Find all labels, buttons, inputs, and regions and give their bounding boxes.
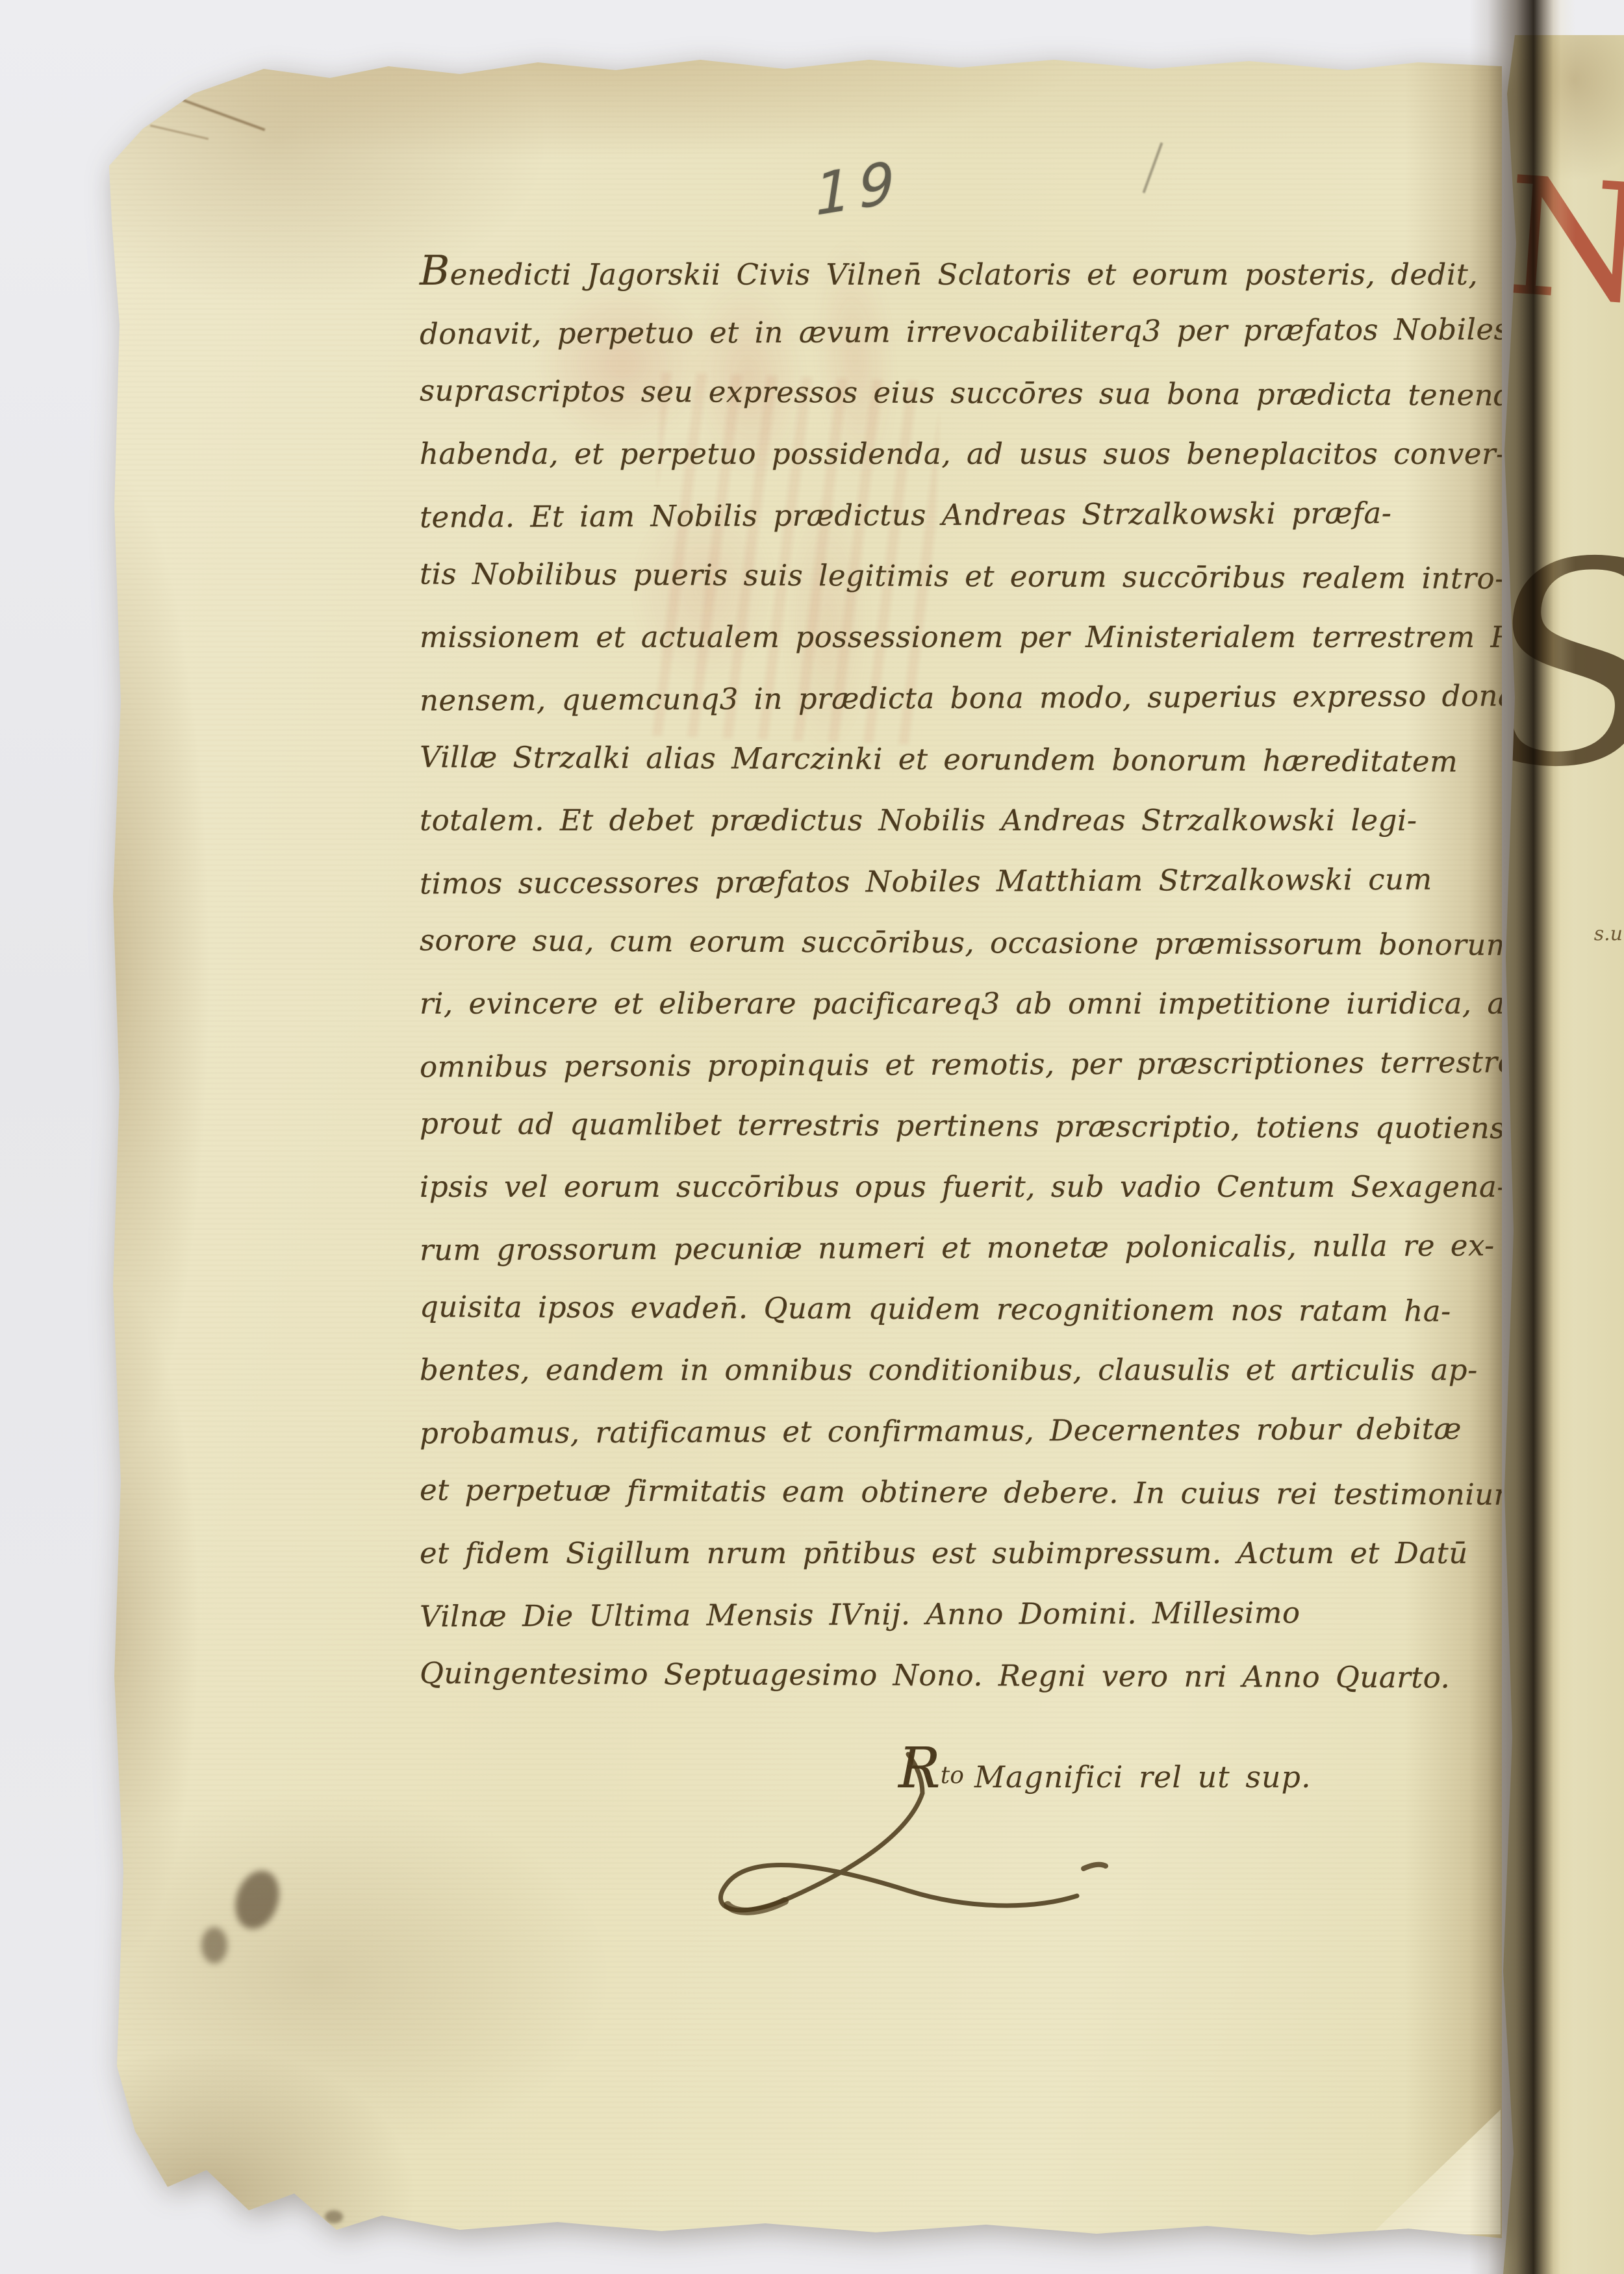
manuscript-line: missionem et actualem possessionem per M… xyxy=(420,607,1446,668)
manuscript-line: probamus, ratificamus et confirmamus, De… xyxy=(420,1399,1446,1464)
folded-corner xyxy=(1363,2107,1501,2234)
signature-flourish xyxy=(694,1715,1187,1962)
manuscript-line: sorore sua, cum eorum succōribus, occasi… xyxy=(420,910,1446,976)
manuscript-line: bentes, eandem in omnibus conditionibus,… xyxy=(420,1340,1446,1401)
page-number: 19 xyxy=(814,147,904,229)
manuscript-photo: N S s.u 19 Benedicti Jagorskii Civis Vil… xyxy=(0,0,1624,2274)
manuscript-line: prout ad quamlibet terrestris pertinens … xyxy=(420,1093,1446,1159)
parchment-surface: 19 Benedicti Jagorskii Civis Vilnen̄ Scl… xyxy=(109,52,1502,2238)
manuscript-line: quisita ipsos evaden̄. Quam quidem recog… xyxy=(420,1277,1446,1342)
manuscript-page: 19 Benedicti Jagorskii Civis Vilnen̄ Scl… xyxy=(109,52,1502,2238)
manuscript-line: Quingentesimo Septuagesimo Nono. Regni v… xyxy=(420,1643,1446,1709)
manuscript-line: donavit, perpetuo et in ævum irrevocabil… xyxy=(420,300,1446,365)
manuscript-line: tenda. Et iam Nobilis prædictus Andreas … xyxy=(420,483,1446,548)
ink-spot xyxy=(228,1865,286,1934)
corner-crease xyxy=(158,90,266,131)
rubric-initial-letter: N xyxy=(1500,155,1624,327)
next-folio-edge: N S s.u xyxy=(1498,35,1624,2274)
ink-spot xyxy=(201,1927,227,1963)
ink-spot xyxy=(325,2210,343,2223)
manuscript-line: Villæ Strzalki alias Marczinki et eorund… xyxy=(420,727,1446,793)
manuscript-line: Vilnæ Die Ultima Mensis IVnij. Anno Domi… xyxy=(420,1582,1446,1648)
manuscript-line: timos successores præfatos Nobiles Matth… xyxy=(420,849,1446,915)
manuscript-line: omnibus personis propinquis et remotis, … xyxy=(420,1032,1446,1098)
manuscript-line: Benedicti Jagorskii Civis Vilnen̄ Sclato… xyxy=(420,240,1446,301)
swash-letter: S xyxy=(1498,526,1624,806)
manuscript-line: suprascriptos seu expressos eius succōre… xyxy=(420,361,1446,426)
margin-note: s.u xyxy=(1594,923,1623,945)
handwritten-text-block: Benedicti Jagorskii Civis Vilnen̄ Sclato… xyxy=(420,240,1446,1706)
manuscript-line: et fidem Sigillum nrum pn̄tibus est subi… xyxy=(420,1523,1446,1584)
manuscript-line: rum grossorum pecuniæ numeri et monetæ p… xyxy=(420,1216,1446,1281)
corner-crease xyxy=(150,125,209,140)
manuscript-line: tis Nobilibus pueris suis legitimis et e… xyxy=(420,544,1446,609)
manuscript-line: nensem, quemcunq3 in prædicta bona modo,… xyxy=(420,666,1446,732)
manuscript-line: ri, evincere et eliberare pacificareq3 a… xyxy=(420,973,1446,1034)
manuscript-line: ipsis vel eorum succōribus opus fuerit, … xyxy=(420,1156,1446,1218)
manuscript-line: et perpetuæ firmitatis eam obtinere debe… xyxy=(420,1460,1446,1526)
manuscript-line: habenda, et perpetuo possidenda, ad usus… xyxy=(420,424,1446,485)
pencil-scribble xyxy=(1143,142,1173,197)
manuscript-line: totalem. Et debet prædictus Nobilis Andr… xyxy=(420,790,1446,851)
